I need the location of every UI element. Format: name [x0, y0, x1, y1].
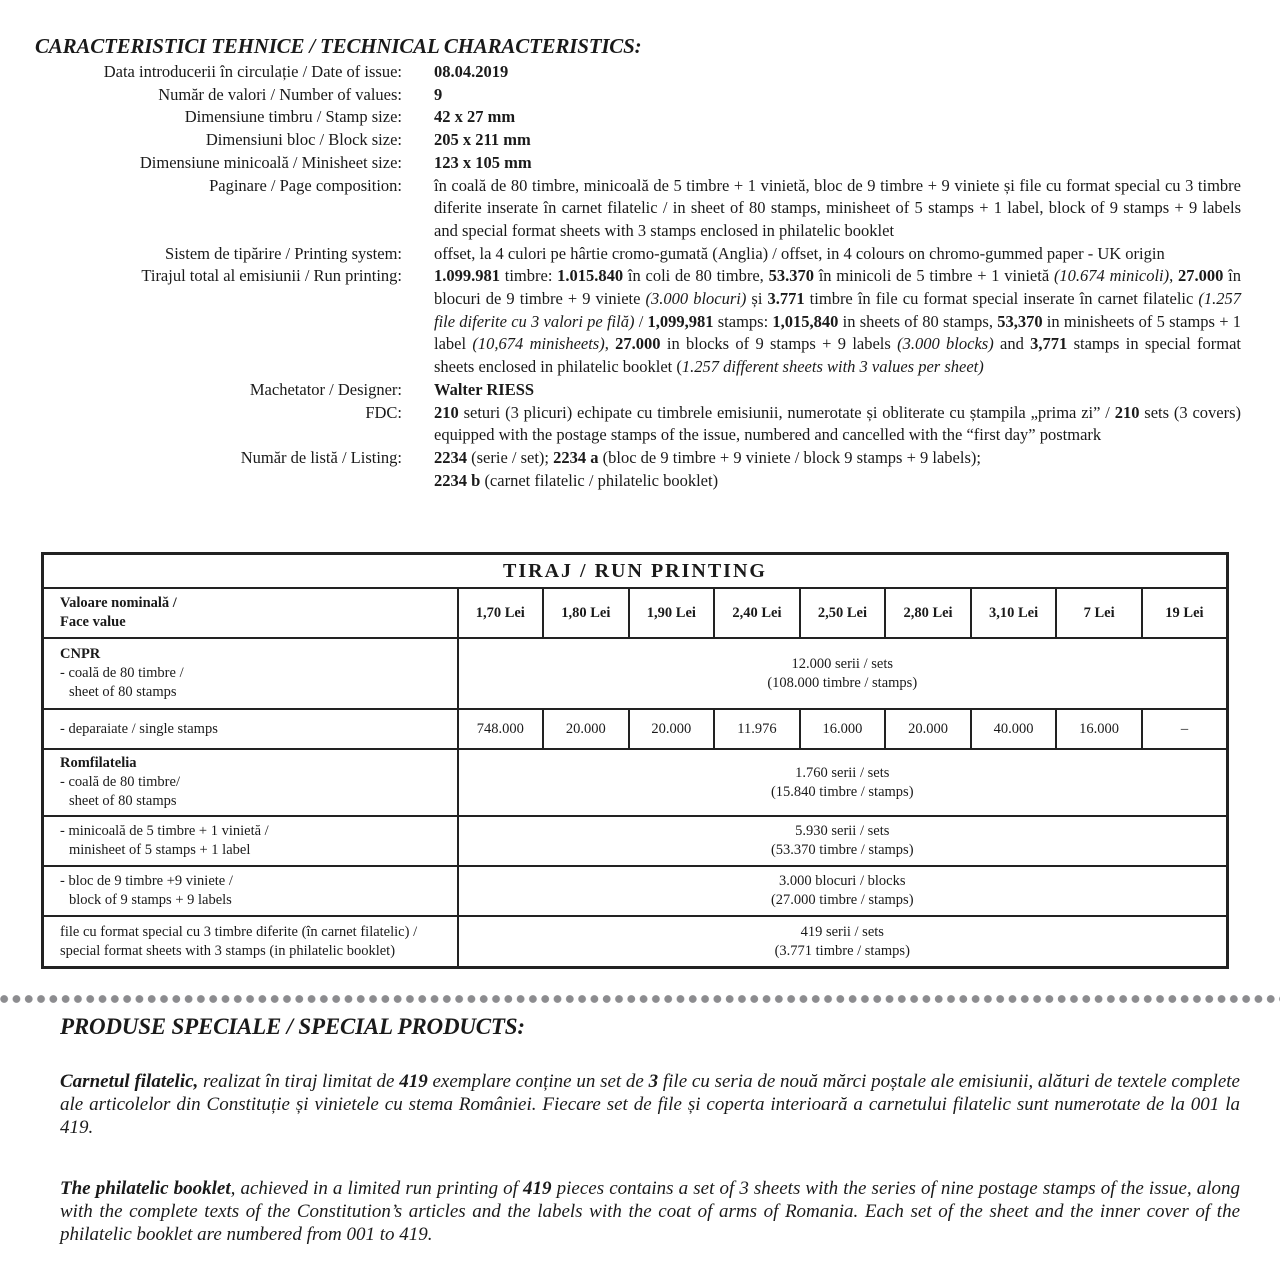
spec-printing-system: Sistem de tipărire / Printing system: of…: [0, 243, 1280, 266]
spec-minisheet-size: Dimensiune minicoală / Minisheet size: 1…: [0, 152, 1280, 175]
row-label: - deparaiate / single stamps: [43, 709, 458, 749]
spec-value: 42 x 27 mm: [434, 107, 515, 126]
spec-fdc: FDC: 210 seturi (3 plicuri) echipate cu …: [0, 402, 1280, 447]
row-label: CNPR- coală de 80 timbre /sheet of 80 st…: [43, 638, 458, 709]
spec-listing: Număr de listă / Listing: 2234 (serie / …: [0, 447, 1280, 492]
row-value: 5.930 serii / sets(53.370 timbre / stamp…: [458, 816, 1228, 866]
spec-value: în coală de 80 timbre, minicoală de 5 ti…: [434, 175, 1241, 243]
spec-value: 205 x 211 mm: [434, 130, 531, 149]
spec-value: 210 seturi (3 plicuri) echipate cu timbr…: [434, 402, 1241, 447]
table-row-minisheet: - minicoală de 5 timbre + 1 vinietă /min…: [43, 816, 1228, 866]
table-title: TIRAJ / RUN PRINTING: [43, 554, 1228, 589]
row-value: 419 serii / sets(3.771 timbre / stamps): [458, 916, 1228, 968]
spec-label: Tirajul total al emisiunii / Run printin…: [0, 265, 402, 379]
spec-value: 2234 (serie / set); 2234 a (bloc de 9 ti…: [434, 447, 1241, 492]
spec-label: Număr de listă / Listing:: [0, 447, 402, 492]
single-stamps-cell: 40.000: [971, 709, 1057, 749]
face-value-cell: 7 Lei: [1056, 588, 1142, 638]
row-value: 3.000 blocuri / blocks(27.000 timbre / s…: [458, 866, 1228, 916]
face-value-cell: 2,80 Lei: [885, 588, 971, 638]
row-label: Romfilatelia- coală de 80 timbre/sheet o…: [43, 749, 458, 816]
single-stamps-cell: 748.000: [458, 709, 544, 749]
row-label: file cu format special cu 3 timbre difer…: [43, 916, 458, 968]
spec-value: Walter RIESS: [434, 380, 534, 399]
table-row-special-sheets: file cu format special cu 3 timbre difer…: [43, 916, 1228, 968]
spec-value: 9: [434, 85, 442, 104]
special-products-title: PRODUSE SPECIALE / SPECIAL PRODUCTS:: [60, 1014, 525, 1040]
row-value: 1.760 serii / sets(15.840 timbre / stamp…: [458, 749, 1228, 816]
spec-label: Dimensiune minicoală / Minisheet size:: [0, 152, 402, 175]
single-stamps-cell: 16.000: [800, 709, 886, 749]
row-value: 12.000 serii / sets(108.000 timbre / sta…: [458, 638, 1228, 709]
spec-stamp-size: Dimensiune timbru / Stamp size: 42 x 27 …: [0, 106, 1280, 129]
row-label: - bloc de 9 timbre +9 viniete /block of …: [43, 866, 458, 916]
spec-label: Data introducerii în circulație / Date o…: [0, 61, 402, 84]
row-label: - minicoală de 5 timbre + 1 vinietă /min…: [43, 816, 458, 866]
spec-number-of-values: Număr de valori / Number of values: 9: [0, 84, 1280, 107]
spec-page-composition: Paginare / Page composition: în coală de…: [0, 175, 1280, 243]
run-printing-table: TIRAJ / RUN PRINTING Valoare nominală /F…: [41, 552, 1229, 969]
single-stamps-cell: 11.976: [714, 709, 800, 749]
spec-block-size: Dimensiuni bloc / Block size: 205 x 211 …: [0, 129, 1280, 152]
technical-specs: Data introducerii în circulație / Date o…: [0, 61, 1280, 492]
face-value-cell: 1,80 Lei: [543, 588, 629, 638]
spec-value: 08.04.2019: [434, 62, 508, 81]
spec-value: offset, la 4 culori pe hârtie cromo-guma…: [434, 243, 1241, 266]
spec-date-of-issue: Data introducerii în circulație / Date o…: [0, 61, 1280, 84]
table-row-cnpr-sheet: CNPR- coală de 80 timbre /sheet of 80 st…: [43, 638, 1228, 709]
face-value-cell: 1,90 Lei: [629, 588, 715, 638]
spec-label: Paginare / Page composition:: [0, 175, 402, 243]
face-value-header: Valoare nominală /Face value: [43, 588, 458, 638]
face-value-cell: 2,40 Lei: [714, 588, 800, 638]
single-stamps-cell: 16.000: [1056, 709, 1142, 749]
spec-label: FDC:: [0, 402, 402, 447]
face-value-cell: 2,50 Lei: [800, 588, 886, 638]
spec-label: Dimensiuni bloc / Block size:: [0, 129, 402, 152]
spec-value: 123 x 105 mm: [434, 153, 532, 172]
table-row-block: - bloc de 9 timbre +9 viniete /block of …: [43, 866, 1228, 916]
face-value-cell: 19 Lei: [1142, 588, 1228, 638]
special-products-paragraph-ro: Carnetul filatelic, realizat în tiraj li…: [60, 1070, 1240, 1139]
spec-label: Machetator / Designer:: [0, 379, 402, 402]
spec-label: Dimensiune timbru / Stamp size:: [0, 106, 402, 129]
spec-designer: Machetator / Designer: Walter RIESS: [0, 379, 1280, 402]
spec-label: Sistem de tipărire / Printing system:: [0, 243, 402, 266]
technical-characteristics-title: CARACTERISTICI TEHNICE / TECHNICAL CHARA…: [35, 34, 641, 59]
single-stamps-cell: –: [1142, 709, 1228, 749]
single-stamps-cell: 20.000: [629, 709, 715, 749]
spec-label: Număr de valori / Number of values:: [0, 84, 402, 107]
single-stamps-cell: 20.000: [885, 709, 971, 749]
face-value-cell: 1,70 Lei: [458, 588, 544, 638]
face-value-cell: 3,10 Lei: [971, 588, 1057, 638]
table-row-romfilatelia-sheet: Romfilatelia- coală de 80 timbre/sheet o…: [43, 749, 1228, 816]
table-row-single-stamps: - deparaiate / single stamps 748.000 20.…: [43, 709, 1228, 749]
dotted-divider: [0, 993, 1280, 1005]
spec-value: 1.099.981 timbre: 1.015.840 în coli de 8…: [434, 265, 1241, 379]
single-stamps-cell: 20.000: [543, 709, 629, 749]
spec-run-printing: Tirajul total al emisiunii / Run printin…: [0, 265, 1280, 379]
table-header-row: Valoare nominală /Face value 1,70 Lei 1,…: [43, 588, 1228, 638]
special-products-paragraph-en: The philatelic booklet, achieved in a li…: [60, 1177, 1240, 1246]
